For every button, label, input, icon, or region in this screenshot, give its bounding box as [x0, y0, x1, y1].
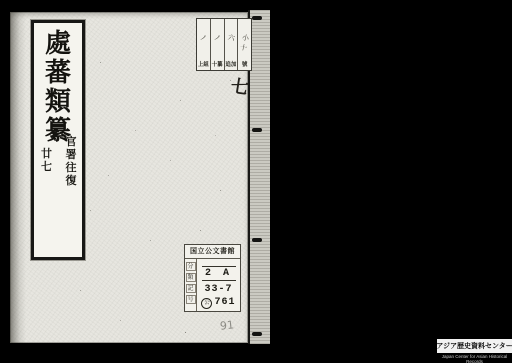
- classification-column: ノ 十纂: [211, 19, 225, 70]
- side-char: 号: [186, 295, 196, 304]
- subtitle-section: 官 署 往 復: [64, 135, 78, 187]
- title-char: 類: [34, 88, 82, 117]
- subtitle-volume: 廿 七: [40, 147, 53, 173]
- pencil-note: 91: [219, 318, 234, 332]
- title-slip: 處 蕃 類 纂 官 署 往 復 廿 七: [31, 20, 85, 260]
- call-number-value: 761: [214, 297, 235, 309]
- subtitle-char: 復: [66, 174, 77, 187]
- jacar-name-en: Japan Center for Asian Historical Record…: [437, 354, 512, 363]
- binding-stitch: [252, 128, 262, 132]
- label-side-text: 分 類 記 号: [185, 259, 197, 311]
- column-stamp: 十纂: [211, 62, 224, 68]
- scanned-page: 處 蕃 類 纂 官 署 往 復 廿 七 ノ 上組 ノ 十纂 六 追加: [0, 0, 512, 363]
- classification-column: ノ 上組: [197, 19, 211, 70]
- column-stamp: 號: [238, 62, 251, 68]
- call-number-row1: 2 A: [202, 266, 236, 281]
- call-number-row2: 33-7: [204, 283, 232, 296]
- title-char: 處: [34, 30, 82, 59]
- classification-column: 小十 號: [238, 19, 251, 70]
- book-spine-edge: [10, 12, 26, 343]
- call-number-body: 分 類 記 号 2 A 33-7 公 761: [185, 259, 240, 311]
- side-char: 類: [186, 273, 196, 282]
- classification-column: 六 追加: [225, 19, 239, 70]
- binding-stitch: [252, 332, 262, 336]
- side-char: 分: [186, 262, 196, 271]
- subtitle-char: 廿: [41, 147, 52, 160]
- handwritten-mark: 六: [224, 32, 239, 44]
- subtitle-char: 往: [66, 161, 77, 174]
- column-stamp: 上組: [197, 62, 210, 68]
- call-number: 2 A 33-7 公 761: [197, 259, 240, 311]
- circled-stamp: 公: [201, 298, 212, 309]
- classification-label: ノ 上組 ノ 十纂 六 追加 小十 號: [196, 18, 252, 71]
- handwritten-mark: 小十: [236, 32, 253, 54]
- subtitle-char: 官: [66, 135, 77, 148]
- jacar-watermark-bar: アジア歴史資料センター: [437, 339, 512, 353]
- call-number-label: 国立公文書館 分 類 記 号 2 A 33-7 公 761: [184, 244, 241, 312]
- title-char: 蕃: [34, 59, 82, 88]
- jacar-name-jp: アジア歴史資料センター: [436, 341, 512, 351]
- archive-name: 国立公文書館: [185, 245, 240, 259]
- side-char: 記: [186, 284, 196, 293]
- subtitle-char: 七: [41, 160, 52, 173]
- call-number-row3: 公 761: [201, 297, 235, 309]
- subtitle-char: 署: [66, 148, 77, 161]
- binding-stitch: [252, 16, 262, 20]
- column-stamp: 追加: [225, 62, 238, 68]
- binding-stitch: [252, 238, 262, 242]
- handwritten-mark: ノ: [210, 32, 225, 44]
- handwritten-mark: ノ: [196, 32, 211, 44]
- title-text: 處 蕃 類 纂: [34, 23, 82, 146]
